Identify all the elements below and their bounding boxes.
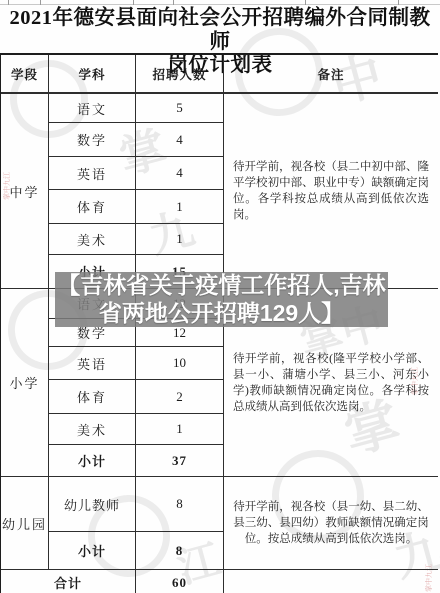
total-value: 60 xyxy=(136,570,224,593)
header-subject: 学科 xyxy=(49,55,136,94)
page-title-line1: 2021年德安县面向社会公开招聘编外合同制教师 xyxy=(0,7,440,54)
subject-cell: 幼儿教师 xyxy=(49,477,136,532)
stage-kindergarten: 幼儿园 xyxy=(1,477,49,570)
count-cell: 1 xyxy=(136,414,224,445)
subtotal-value: 37 xyxy=(136,445,224,477)
subject-cell: 英语 xyxy=(49,347,136,380)
subject-cell: 体育 xyxy=(49,380,136,414)
remark-kindergarten: 待开学前，视各校（县一幼、县二幼、县三幼、县四幼）教师缺额情况确定岗位。按总成绩… xyxy=(224,477,438,570)
subtotal-value: 8 xyxy=(136,532,224,570)
subject-cell: 数学 xyxy=(49,123,136,157)
count-cell: 8 xyxy=(136,477,224,532)
header-remark: 备注 xyxy=(224,55,438,94)
subject-cell: 语文 xyxy=(49,94,136,123)
count-cell: 4 xyxy=(136,157,224,190)
page: 掌 中 九 掌中 掌 九 江 掌中九江 掌中九江 掌中九江 2021年德安县面向… xyxy=(0,0,440,593)
subtotal-label: 小计 xyxy=(49,445,136,477)
stage-primary-school: 小学 xyxy=(1,289,49,477)
count-cell: 1 xyxy=(136,224,224,255)
count-cell: 5 xyxy=(136,94,224,123)
count-cell: 4 xyxy=(136,123,224,157)
news-caption-overlay: 【吉林省关于疫情工作招人,吉林 省两地公开招聘129人】 xyxy=(55,272,388,327)
subject-cell: 美术 xyxy=(49,414,136,445)
total-label: 合计 xyxy=(1,570,136,593)
news-caption-line2: 省两地公开招聘129人】 xyxy=(99,300,344,328)
subtotal-label: 小计 xyxy=(49,532,136,570)
subject-cell: 英语 xyxy=(49,157,136,190)
count-cell: 1 xyxy=(136,190,224,224)
news-caption-line1: 【吉林省关于疫情工作招人,吉林 xyxy=(57,272,385,300)
count-cell: 10 xyxy=(136,347,224,380)
subject-cell: 体育 xyxy=(49,190,136,224)
cropped-grid-sliver xyxy=(0,0,440,6)
header-stage: 学段 xyxy=(1,55,49,94)
header-count: 招聘人数 xyxy=(136,55,224,94)
subject-cell: 美术 xyxy=(49,224,136,255)
remark-middle-school: 待开学前，视各校（县二中初中部、隆平学校初中部、职业中专）缺额确定岗位。各学科按… xyxy=(224,94,438,289)
total-remark-empty xyxy=(224,570,438,593)
stage-middle-school: 中学 xyxy=(1,94,49,289)
count-cell: 2 xyxy=(136,380,224,414)
